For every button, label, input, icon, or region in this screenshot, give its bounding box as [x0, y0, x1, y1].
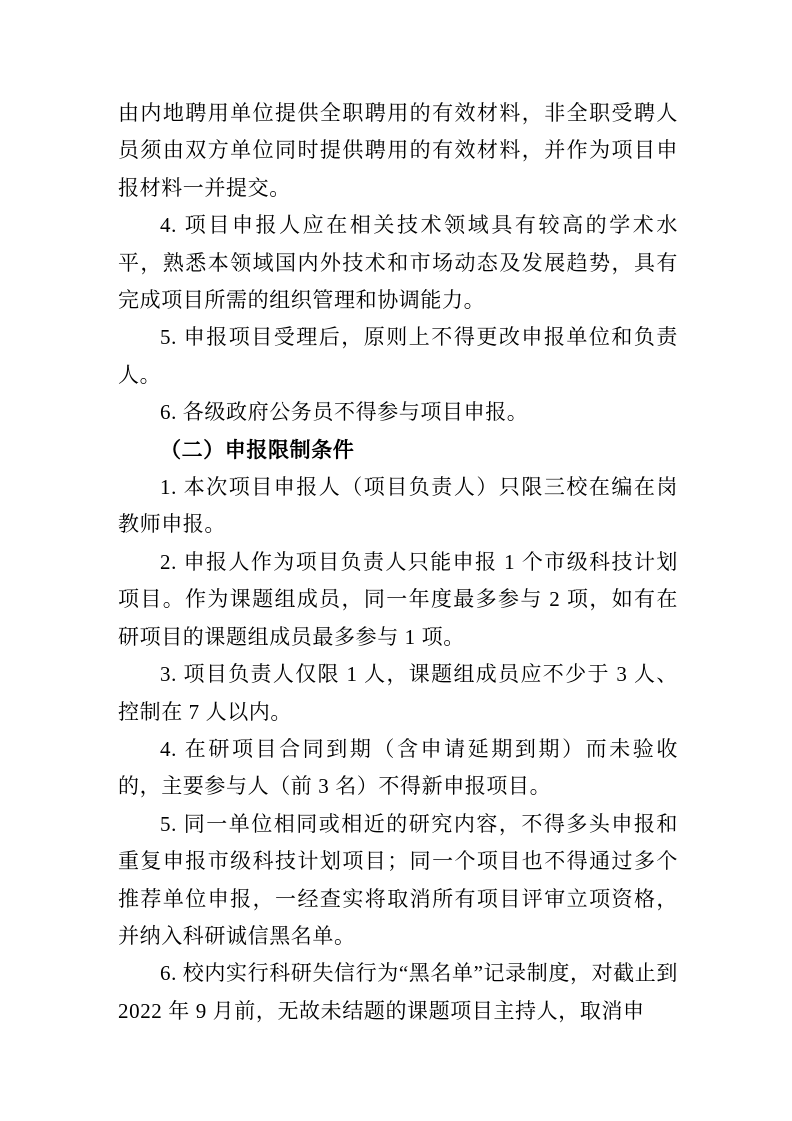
- body-paragraph: 2. 申报人作为项目负责人只能申报 1 个市级科技计划项目。作为课题组成员，同一…: [118, 544, 678, 656]
- body-paragraph: 6. 校内实行科研失信行为“黑名单”记录制度，对截止到 2022 年 9 月前，…: [118, 955, 678, 1030]
- body-paragraph: 3. 项目负责人仅限 1 人，课题组成员应不少于 3 人、控制在 7 人以内。: [118, 656, 678, 731]
- body-paragraph: 由内地聘用单位提供全职聘用的有效材料，非全职受聘人员须由双方单位同时提供聘用的有…: [118, 95, 678, 207]
- section-heading: （二）申报限制条件: [118, 432, 678, 469]
- body-paragraph: 1. 本次项目申报人（项目负责人）只限三校在编在岗教师申报。: [118, 469, 678, 544]
- body-paragraph: 4. 在研项目合同到期（含申请延期到期）而未验收的，主要参与人（前 3 名）不得…: [118, 731, 678, 806]
- body-paragraph: 5. 同一单位相同或相近的研究内容，不得多头申报和重复申报市级科技计划项目；同一…: [118, 806, 678, 956]
- body-paragraph: 5. 申报项目受理后，原则上不得更改申报单位和负责人。: [118, 319, 678, 394]
- document-text-block: 由内地聘用单位提供全职聘用的有效材料，非全职受聘人员须由双方单位同时提供聘用的有…: [118, 95, 678, 1030]
- document-page: 由内地聘用单位提供全职聘用的有效材料，非全职受聘人员须由双方单位同时提供聘用的有…: [0, 0, 792, 1121]
- body-paragraph: 6. 各级政府公务员不得参与项目申报。: [118, 394, 678, 431]
- body-paragraph: 4. 项目申报人应在相关技术领域具有较高的学术水平，熟悉本领域国内外技术和市场动…: [118, 207, 678, 319]
